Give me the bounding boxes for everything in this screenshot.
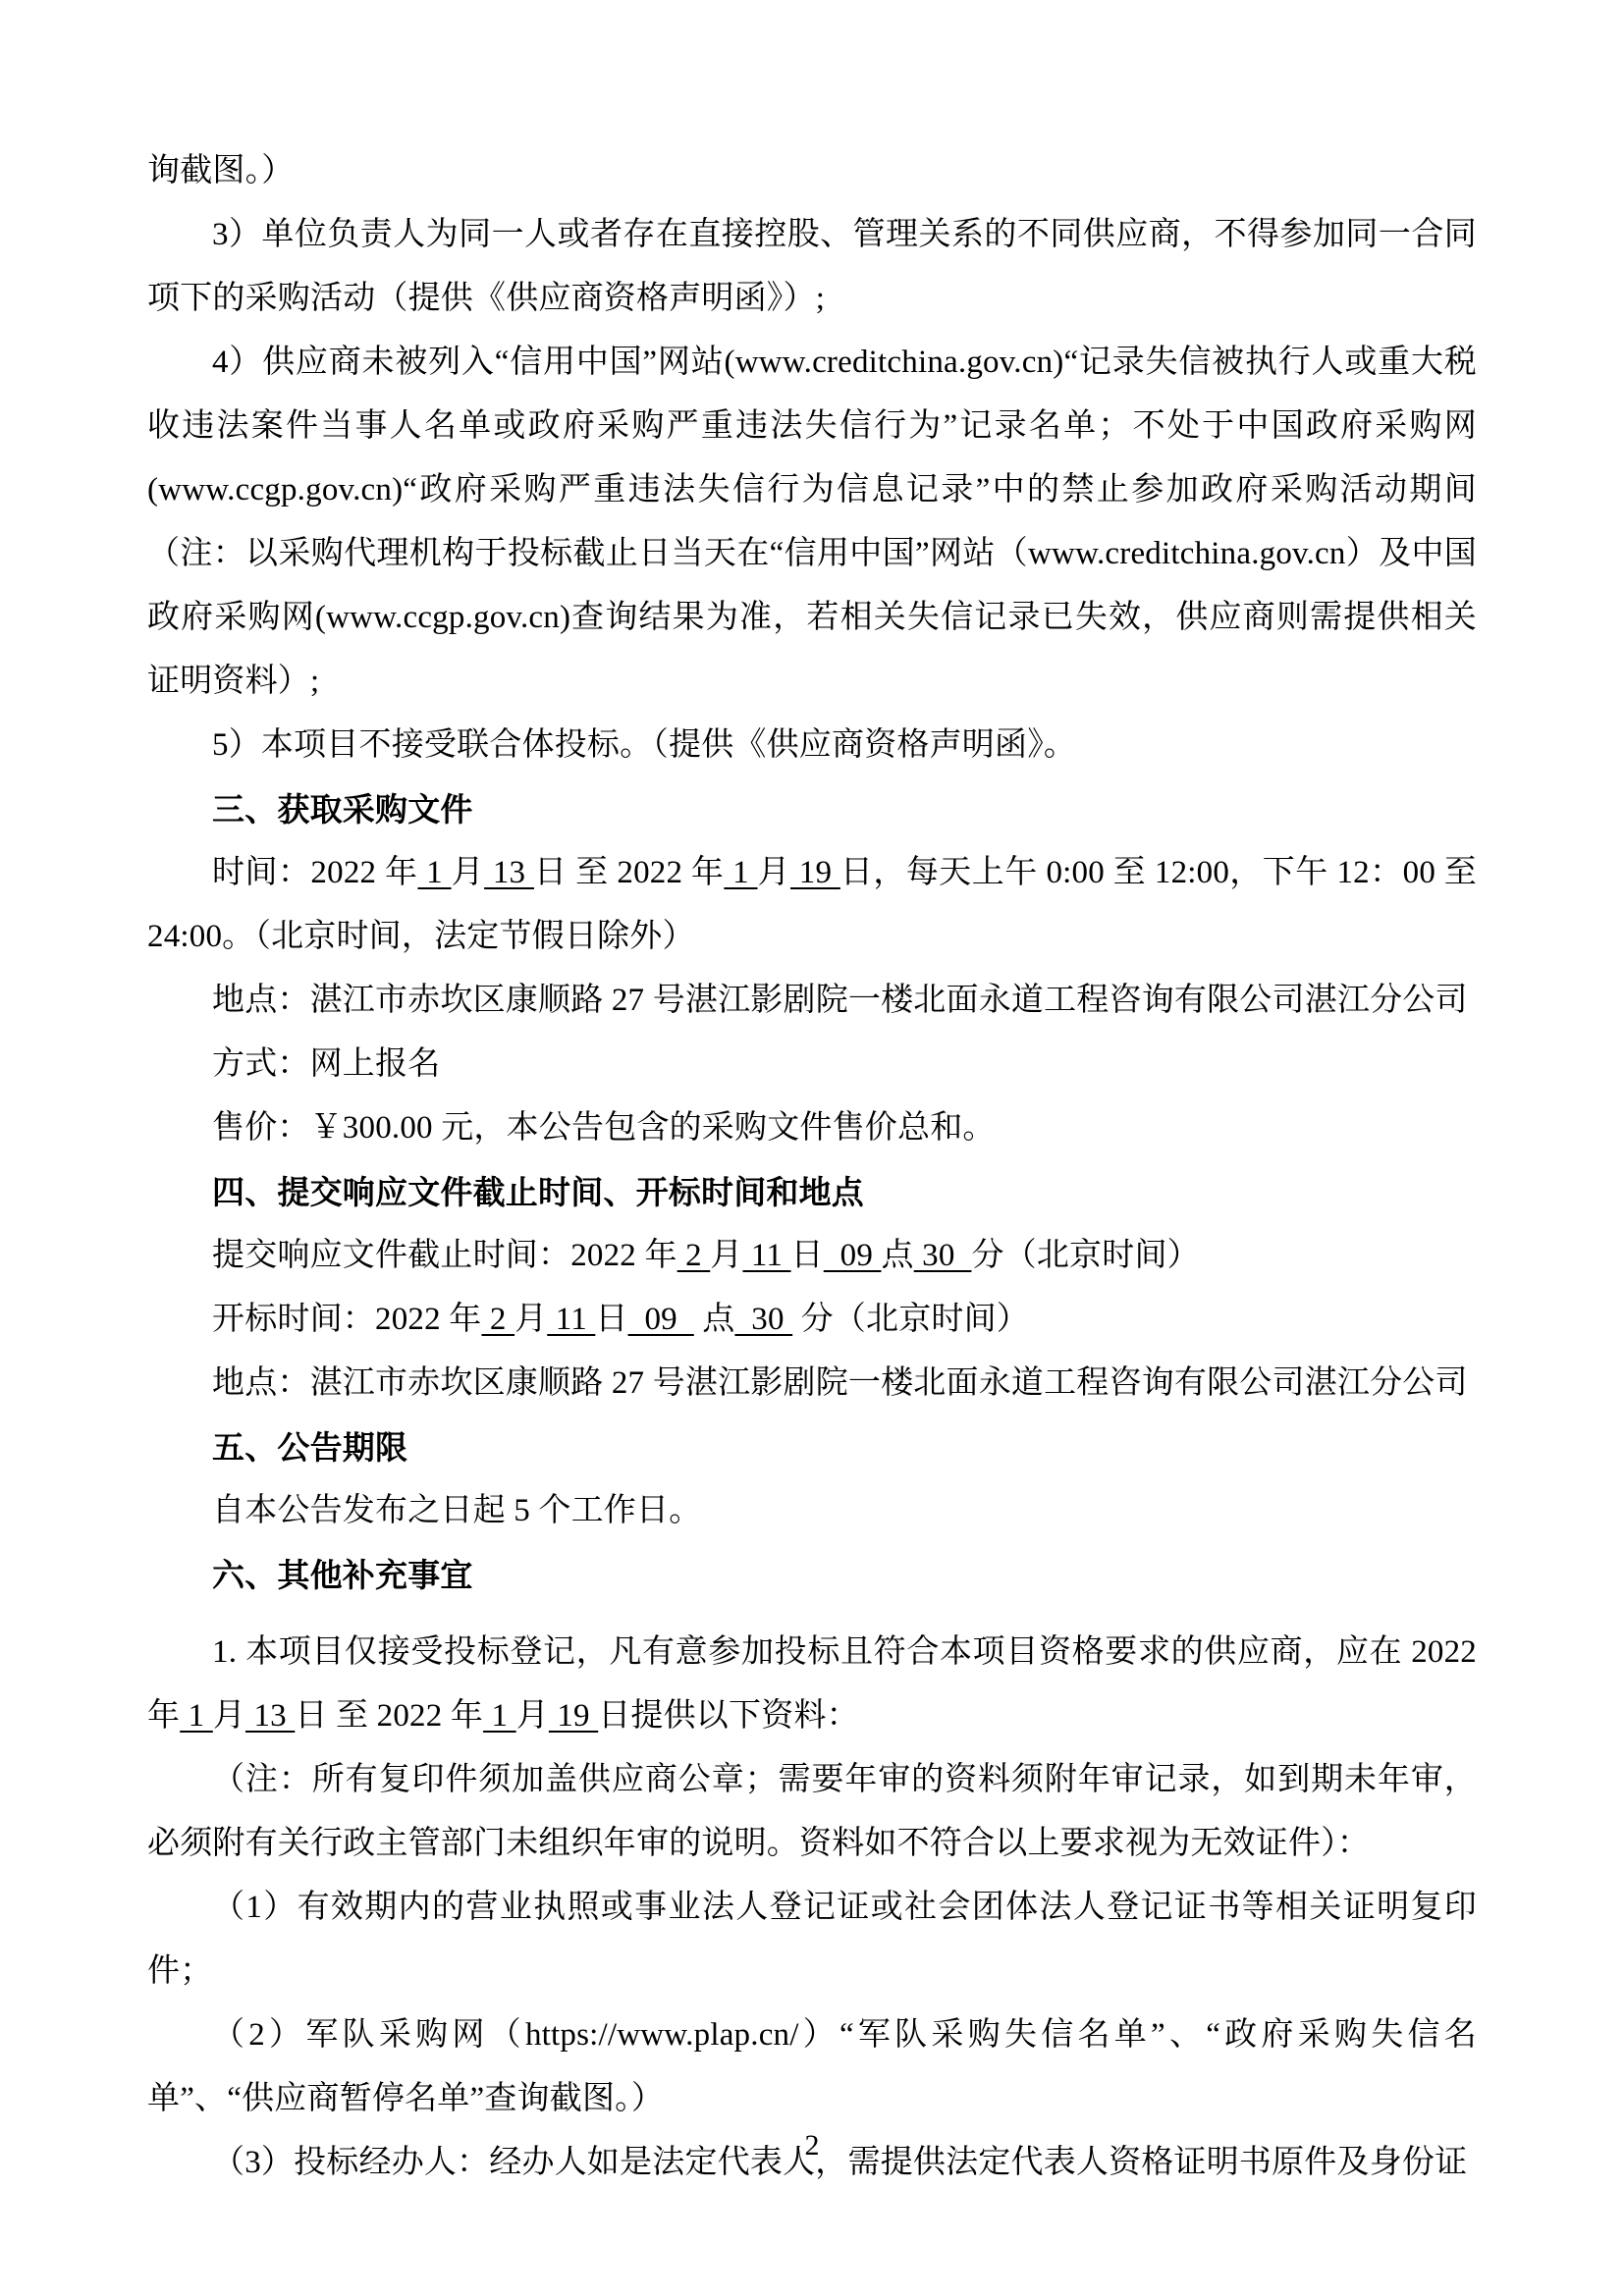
text-run: 月 [213,1698,245,1734]
paragraph: （2）军队采购网（https://www.plap.cn/）“军队采购失信名单”… [147,2003,1477,2131]
text-run: 日 [791,1238,824,1273]
filled-blank: 11 [547,1302,595,1337]
filled-blank: 19 [549,1698,598,1734]
paragraph: 询截图。） [147,139,1477,203]
text-run: 月 [514,1302,547,1337]
text-run: （2）军队采购网（https://www.plap.cn/）“军队采购失信名单”… [147,2017,1477,2116]
filled-blank: 11 [742,1238,790,1273]
text-run: （注：所有复印件须加盖供应商公章；需要年审的资料须附年审记录，如到期未年审，必须… [147,1762,1477,1861]
paragraph: （注：所有复印件须加盖供应商公章；需要年审的资料须附年审记录，如到期未年审，必须… [147,1748,1477,1876]
section-heading: 五、公告期限 [147,1415,1477,1479]
text-run: （1）有效期内的营业执照或事业法人登记证或社会团体法人登记证书等相关证明复印件； [147,1890,1477,1989]
paragraph: 1. 本项目仅接受投标登记，凡有意参加投标且符合本项目资格要求的供应商，应在 2… [147,1621,1477,1748]
text-run: 分（北京时间） [792,1302,1029,1337]
paragraph: 3）单位负责人为同一人或者存在直接控股、管理关系的不同供应商，不得参加同一合同项… [147,203,1477,331]
text-run: 自本公告发布之日起 5 个工作日。 [212,1493,701,1528]
filled-blank: 09 [628,1302,694,1337]
text-run: 五、公告期限 [212,1429,407,1466]
text-run: 方式：网上报名 [212,1046,440,1082]
text-run: 月 [758,855,790,890]
text-run: 提交响应文件截止时间：2022 年 [212,1238,677,1273]
text-run: 点 [882,1238,914,1273]
document-body: 询截图。）3）单位负责人为同一人或者存在直接控股、管理关系的不同供应商，不得参加… [147,139,1477,2195]
text-run: 4）供应商未被列入“信用中国”网站(www.creditchina.gov.cn… [147,345,1477,699]
paragraph: 售价：￥300.00 元，本公告包含的采购文件售价总和。 [147,1096,1477,1160]
text-run: 月 [516,1698,549,1734]
text-run: 月 [452,855,484,890]
text-run: 月 [710,1238,742,1273]
filled-blank: 1 [724,855,757,890]
filled-blank: 2 [677,1238,711,1273]
filled-blank: 1 [180,1698,213,1734]
filled-blank: 2 [481,1302,514,1337]
paragraph: 地点：湛江市赤坎区康顺路 27 号湛江影剧院一楼北面永道工程咨询有限公司湛江分公… [147,1352,1477,1415]
text-run: 四、提交响应文件截止时间、开标时间和地点 [212,1174,864,1210]
text-run: 日提供以下资料： [598,1698,859,1734]
document-page: 询截图。）3）单位负责人为同一人或者存在直接控股、管理关系的不同供应商，不得参加… [0,0,1624,2296]
text-run: 三、获取采购文件 [212,791,473,828]
text-run: 5）本项目不接受联合体投标。（提供《供应商资格声明函》。 [212,727,1076,763]
filled-blank: 30 [914,1238,972,1273]
filled-blank: 13 [245,1698,295,1734]
text-run: 日 [595,1302,627,1337]
text-run: 点 [694,1302,735,1337]
text-run: 询截图。） [147,153,295,188]
text-run: 日 至 2022 年 [534,855,724,890]
filled-blank: 1 [483,1698,516,1734]
section-heading: 三、获取采购文件 [147,777,1477,841]
text-run: 分（北京时间） [971,1238,1199,1273]
text-run: 时间：2022 年 [212,855,417,890]
filled-blank: 1 [417,855,451,890]
paragraph: 开标时间：2022 年 2 月 11 日 09 点 30 分（北京时间） [147,1288,1477,1352]
filled-blank: 19 [790,855,840,890]
paragraph: 4）供应商未被列入“信用中国”网站(www.creditchina.gov.cn… [147,331,1477,714]
paragraph: 时间：2022 年 1 月 13 日 至 2022 年 1 月 19 日，每天上… [147,841,1477,969]
filled-blank: 09 [824,1238,882,1273]
paragraph: 自本公告发布之日起 5 个工作日。 [147,1479,1477,1543]
filled-blank: 13 [484,855,534,890]
page-number: 2 [0,2118,1624,2173]
paragraph: 提交响应文件截止时间：2022 年 2 月 11 日 09 点 30 分（北京时… [147,1224,1477,1288]
text-run: 地点：湛江市赤坎区康顺路 27 号湛江影剧院一楼北面永道工程咨询有限公司湛江分公… [212,983,1468,1018]
filled-blank: 30 [734,1302,792,1337]
text-run: 地点：湛江市赤坎区康顺路 27 号湛江影剧院一楼北面永道工程咨询有限公司湛江分公… [212,1365,1468,1401]
text-run: 六、其他补充事宜 [212,1557,473,1593]
paragraph: 5）本项目不接受联合体投标。（提供《供应商资格声明函》。 [147,714,1477,777]
section-heading: 四、提交响应文件截止时间、开标时间和地点 [147,1160,1477,1224]
text-run: 日 至 2022 年 [295,1698,483,1734]
paragraph: （1）有效期内的营业执照或事业法人登记证或社会团体法人登记证书等相关证明复印件； [147,1876,1477,2003]
text-run: 售价：￥300.00 元，本公告包含的采购文件售价总和。 [212,1110,996,1146]
text-run: 3）单位负责人为同一人或者存在直接控股、管理关系的不同供应商，不得参加同一合同项… [147,217,1477,316]
paragraph: 地点：湛江市赤坎区康顺路 27 号湛江影剧院一楼北面永道工程咨询有限公司湛江分公… [147,969,1477,1033]
text-run: 开标时间：2022 年 [212,1302,481,1337]
paragraph: 方式：网上报名 [147,1033,1477,1096]
section-heading: 六、其他补充事宜 [147,1543,1477,1607]
